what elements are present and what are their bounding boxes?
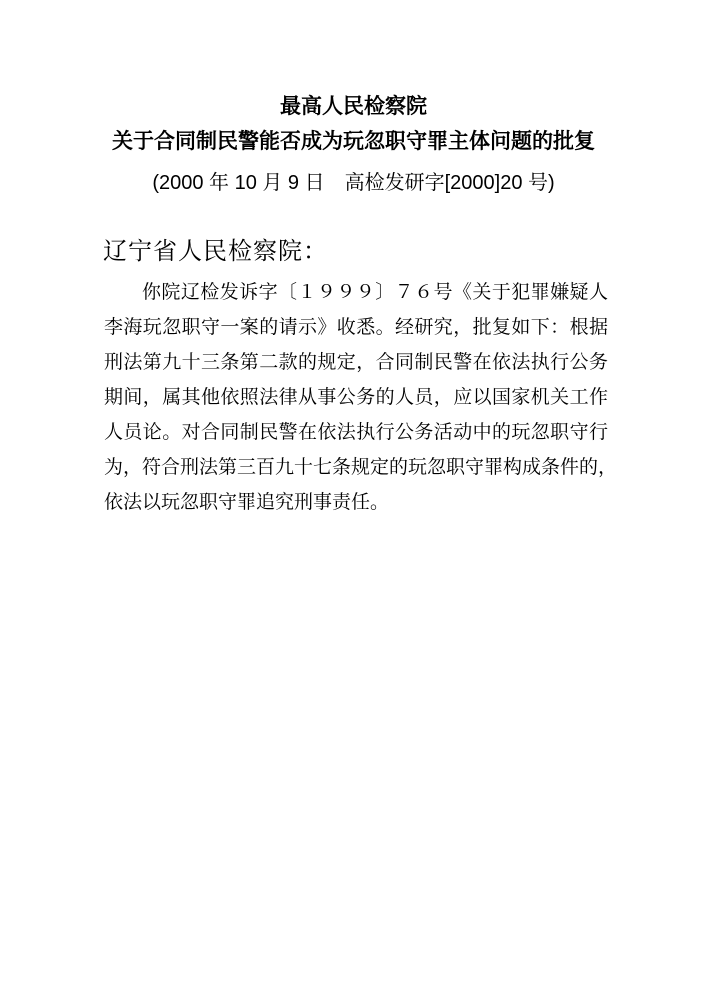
issuer-heading: 最高人民检察院: [0, 96, 707, 118]
body-line: 期间，属其他依照法律从事公务的人员，应以国家机关工作: [104, 380, 608, 415]
addressee: 辽宁省人民检察院：: [103, 240, 328, 264]
body-line: 为，符合刑法第三百九十七条规定的玩忽职守罪构成条件的，: [104, 450, 608, 485]
document-title: 关于合同制民警能否成为玩忽职守罪主体问题的批复: [0, 131, 707, 153]
body-line: 依法以玩忽职守罪追究刑事责任。: [104, 485, 608, 520]
body-paragraph: 你院辽检发诉字〔１９９９〕７６号《关于犯罪嫌疑人 李海玩忽职守一案的请示》收悉。…: [104, 275, 608, 520]
body-line: 李海玩忽职守一案的请示》收悉。经研究，批复如下：根据: [104, 310, 608, 345]
document-page: 最高人民检察院 关于合同制民警能否成为玩忽职守罪主体问题的批复 (2000 年 …: [0, 0, 707, 999]
body-line: 刑法第九十三条第二款的规定，合同制民警在依法执行公务: [104, 345, 608, 380]
dateline: (2000 年 10 月 9 日 高检发研字[2000]20 号): [0, 172, 707, 194]
body-line: 你院辽检发诉字〔１９９９〕７６号《关于犯罪嫌疑人: [104, 275, 608, 310]
body-line: 人员论。对合同制民警在依法执行公务活动中的玩忽职守行: [104, 415, 608, 450]
